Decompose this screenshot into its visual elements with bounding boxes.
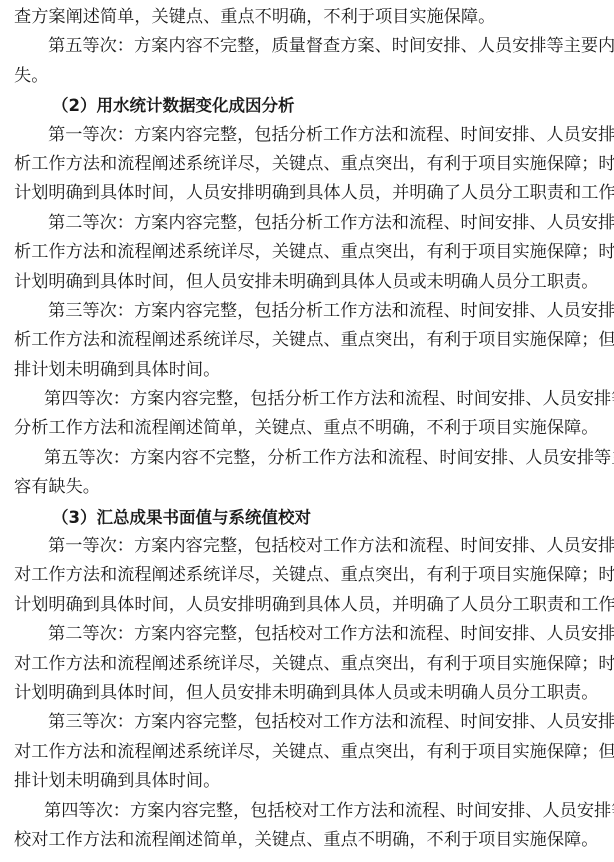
section-heading-3: （3）汇总成果书面值与系统值校对 (14, 503, 606, 532)
text-line: 对工作方法和流程阐述系统详尽，关键点、重点突出，有利于项目实施保障；时间安排 (14, 650, 606, 679)
text-line: 第五等次：方案内容不完整，分析工作方法和流程、时间安排、人员安排等主要内 (14, 444, 606, 473)
text-line: 第一等次：方案内容完整，包括分析工作方法和流程、时间安排、人员安排等；分 (14, 121, 606, 150)
text-line: 计划明确到具体时间，人员安排明确到具体人员，并明确了人员分工职责和工作时段。 (14, 179, 606, 208)
section-heading-2: （2）用水统计数据变化成因分析 (14, 91, 606, 120)
text-line: 对工作方法和流程阐述系统详尽，关键点、重点突出，有利于项目实施保障；时间安排 (14, 561, 606, 590)
text-line: 排计划未明确到具体时间。 (14, 356, 606, 385)
text-line: 容有缺失。 (14, 473, 606, 502)
text-line: 计划明确到具体时间，但人员安排未明确到具体人员或未明确人员分工职责。 (14, 679, 606, 708)
text-line: 第四等次：方案内容完整，包括分析工作方法和流程、时间安排、人员安排等；但 (14, 385, 606, 414)
text-line: 计划明确到具体时间，但人员安排未明确到具体人员或未明确人员分工职责。 (14, 268, 606, 297)
text-line: 析工作方法和流程阐述系统详尽，关键点、重点突出，有利于项目实施保障；时间安排 (14, 150, 606, 179)
document-page: 查方案阐述简单，关键点、重点不明确，不利于项目实施保障。 第五等次：方案内容不完… (14, 3, 606, 855)
text-line: 失。 (14, 62, 606, 91)
text-line: 对工作方法和流程阐述系统详尽，关键点、重点突出，有利于项目实施保障；但时间安 (14, 738, 606, 767)
text-line: 分析工作方法和流程阐述简单，关键点、重点不明确，不利于项目实施保障。 (14, 414, 606, 443)
text-line: 第四等次：方案内容完整，包括校对工作方法和流程、时间安排、人员安排等；但 (14, 797, 606, 826)
text-line: 析工作方法和流程阐述系统详尽，关键点、重点突出，有利于项目实施保障；时间安排 (14, 238, 606, 267)
text-line: 析工作方法和流程阐述系统详尽，关键点、重点突出，有利于项目实施保障；但时间安 (14, 326, 606, 355)
text-line: 第二等次：方案内容完整，包括校对工作方法和流程、时间安排、人员安排等；校 (14, 620, 606, 649)
text-line: 计划明确到具体时间，人员安排明确到具体人员，并明确了人员分工职责和工作时段。 (14, 591, 606, 620)
text-line: 排计划未明确到具体时间。 (14, 767, 606, 796)
text-line: 第三等次：方案内容完整，包括校对工作方法和流程、时间安排、人员安排等；校 (14, 708, 606, 737)
text-line: 查方案阐述简单，关键点、重点不明确，不利于项目实施保障。 (14, 3, 606, 32)
text-line: 第二等次：方案内容完整，包括分析工作方法和流程、时间安排、人员安排等；分 (14, 209, 606, 238)
text-line: 校对工作方法和流程阐述简单，关键点、重点不明确，不利于项目实施保障。 (14, 826, 606, 855)
text-line: 第三等次：方案内容完整，包括分析工作方法和流程、时间安排、人员安排等；分 (14, 297, 606, 326)
text-line: 第一等次：方案内容完整，包括校对工作方法和流程、时间安排、人员安排等；校 (14, 532, 606, 561)
text-line: 第五等次：方案内容不完整，质量督查方案、时间安排、人员安排等主要内容有缺 (14, 32, 606, 61)
